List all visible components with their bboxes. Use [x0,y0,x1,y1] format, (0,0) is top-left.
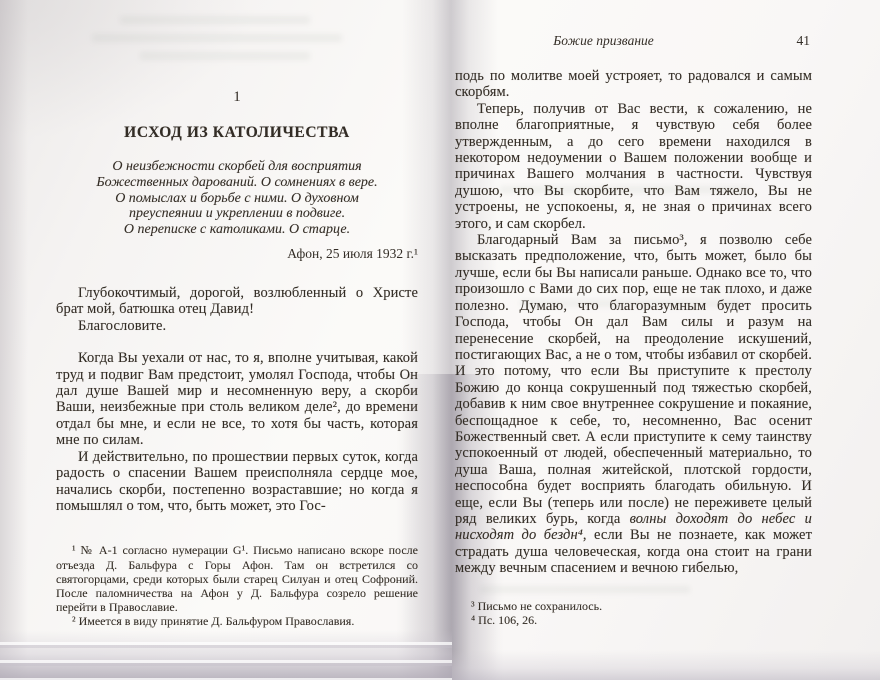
dateline: Афон, 25 июля 1932 г.¹ [56,247,418,261]
footnote: ³ Письмо не сохранилось. [455,599,812,613]
left-edge-shading [0,0,28,680]
page-edge-stack-left [0,630,452,680]
epigraph-line: О неизбежности скорбей для восприятия [56,159,418,175]
right-page: Божие призвание 41 подь по молитве моей … [455,34,812,627]
footnote: ² Имеется в виду принятие Д. Бальфуром П… [56,614,418,628]
footnotes-left: ¹ № А-1 согласно нумерации G¹. Письмо на… [56,543,418,628]
bleedthrough-artifact [140,52,310,60]
open-book-photo: 1 ИСХОД ИЗ КАТОЛИЧЕСТВА О неизбежности с… [0,0,880,680]
chapter-title: ИСХОД ИЗ КАТОЛИЧЕСТВА [56,124,418,141]
page-number: 41 [797,34,811,48]
epigraph-line: О помыслах и борьбе с ними. О духовном [56,191,418,207]
paragraph-salutation: Глубокочтимый, дорогой, возлюбленный о Х… [56,285,418,318]
paragraph: Благодарный Вам за письмо³, я позволю се… [455,232,812,577]
paragraph: Теперь, получив от Вас вести, к сожалени… [455,101,812,232]
letter-body-right: подь по молитве моей устрояет, то радова… [455,68,812,577]
running-header-title: Божие призвание [553,34,654,48]
letter-body-left: Глубокочтимый, дорогой, возлюбленный о Х… [56,285,418,514]
paragraph-blessing: Благословите. [56,318,418,334]
paragraph-text: Благодарный Вам за письмо³, я позволю се… [455,232,812,527]
epigraph-line: Божественных дарований. О сомнениях в ве… [56,175,418,191]
epigraph-line: преуспеянии и укреплении в подвиге. [56,206,418,222]
left-page: 1 ИСХОД ИЗ КАТОЛИЧЕСТВА О неизбежности с… [56,90,418,629]
bleedthrough-artifact [92,34,342,42]
footnotes-right: ³ Письмо не сохранилось. ⁴ Пс. 106, 26. [455,599,812,627]
epigraph-line: О переписке с католиками. О старце. [56,222,418,238]
bleedthrough-artifact [120,16,310,24]
epigraph: О неизбежности скорбей для восприятия Бо… [56,159,418,238]
footnote: ⁴ Пс. 106, 26. [455,613,812,627]
footnote: ¹ № А-1 согласно нумерации G¹. Письмо на… [56,543,418,614]
paragraph: И действительно, по прошествии первых су… [56,449,418,515]
page-edge-stack-right [452,650,880,680]
paragraph-continuation: подь по молитве моей устрояет, то радова… [455,68,812,101]
chapter-number: 1 [56,90,418,105]
paragraph: Когда Вы уехали от нас, то я, вполне учи… [56,350,418,448]
running-header: Божие призвание 41 [455,34,812,48]
